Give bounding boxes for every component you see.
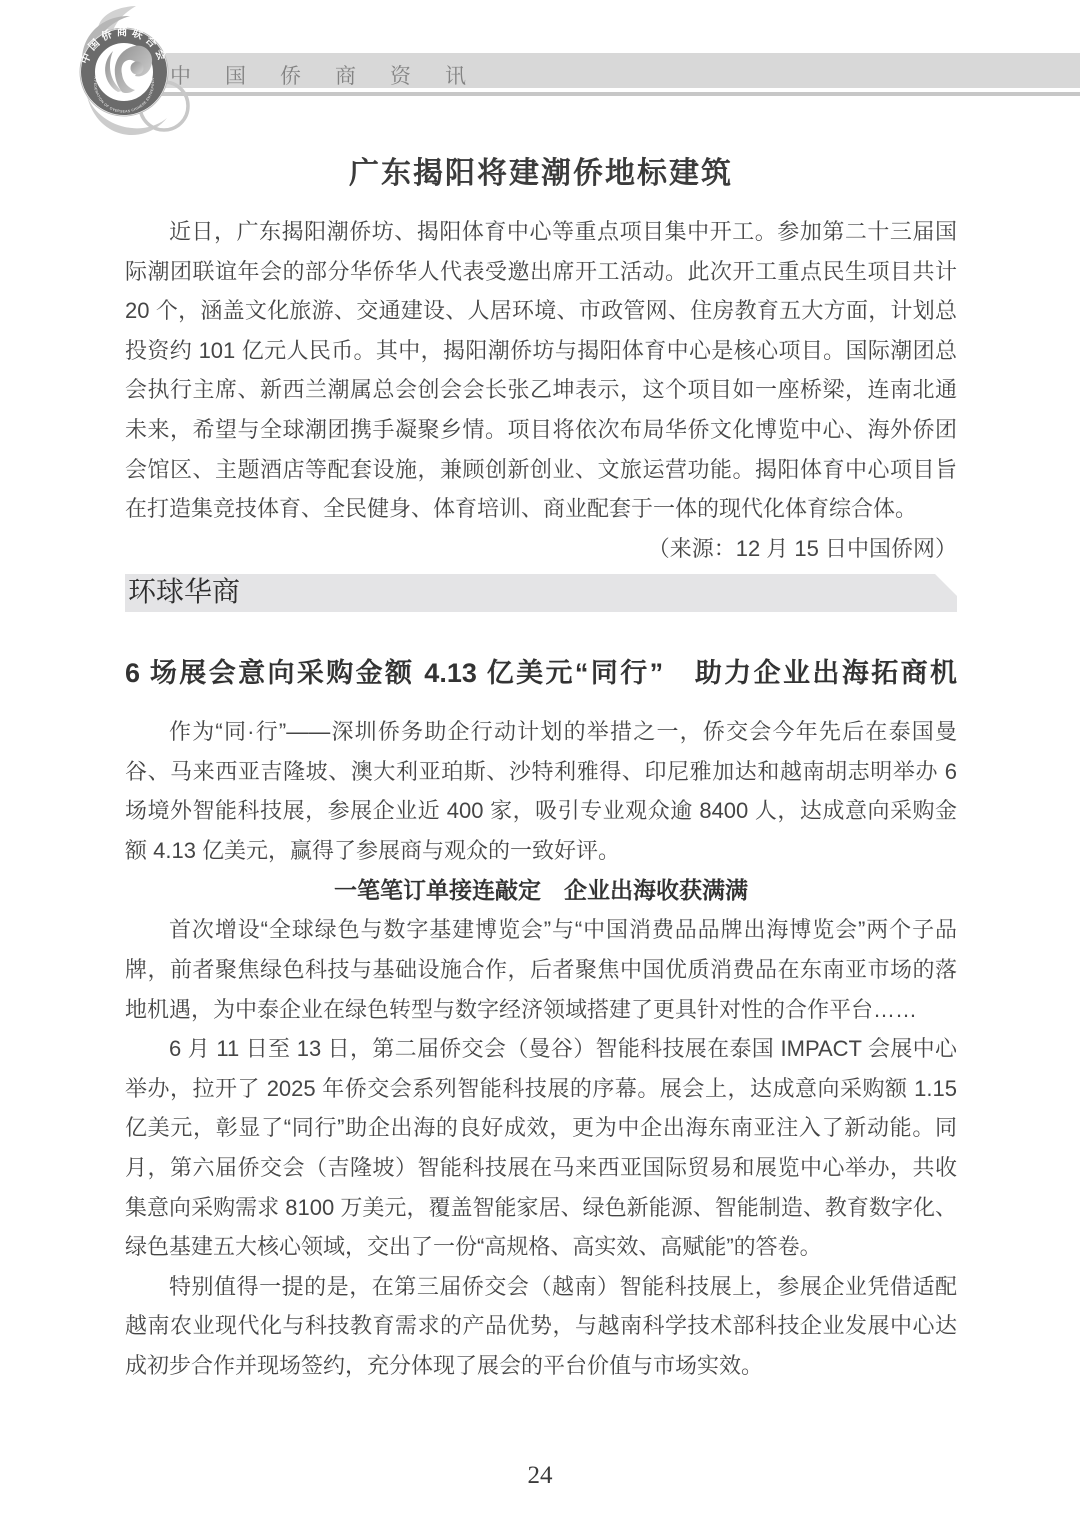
article1-title: 广东揭阳将建潮侨地标建筑	[125, 148, 957, 192]
section-banner-label: 环球华商	[125, 574, 957, 612]
article2-paragraph-1: 作为“同·行”——深圳侨务助企行动计划的举措之一，侨交会今年先后在泰国曼谷、马来…	[125, 712, 957, 870]
header-rule	[150, 92, 1080, 96]
article2-paragraph-3: 6 月 11 日至 13 日，第二届侨交会（曼谷）智能科技展在泰国 IMPACT…	[125, 1029, 957, 1267]
section-banner: 环球华商	[125, 574, 957, 612]
article2-body: 作为“同·行”——深圳侨务助企行动计划的举措之一，侨交会今年先后在泰国曼谷、马来…	[125, 712, 957, 1386]
article1-body-text: 近日，广东揭阳潮侨坊、揭阳体育中心等重点项目集中开工。参加第二十三届国际潮团联谊…	[125, 219, 957, 521]
article1-body: 近日，广东揭阳潮侨坊、揭阳体育中心等重点项目集中开工。参加第二十三届国际潮团联谊…	[125, 212, 957, 568]
article2-subheading: 一笔笔订单接连敲定 企业出海收获满满	[125, 870, 957, 910]
article2-paragraph-2: 首次增设“全球绿色与数字基建博览会”与“中国消费品品牌出海博览会”两个子品牌，前…	[125, 910, 957, 1029]
masthead-title: 中国侨商资讯	[170, 60, 500, 90]
article2-paragraph-4: 特别值得一提的是，在第三届侨交会（越南）智能科技展上，参展企业凭借适配越南农业现…	[125, 1267, 957, 1386]
article2-title: 6 场展会意向采购金额 4.13 亿美元“同行” 助力企业出海拓商机	[125, 651, 957, 690]
page: 中国侨商资讯 中国侨商联合会 CHINA FEDERATION OF OVERS…	[0, 0, 1080, 1525]
article1-source: （来源：12 月 15 日中国侨网）	[648, 529, 957, 569]
federation-seal-logo: 中国侨商联合会 CHINA FEDERATION OF OVERSEAS CHI…	[38, 4, 198, 146]
page-number: 24	[0, 1462, 1080, 1490]
